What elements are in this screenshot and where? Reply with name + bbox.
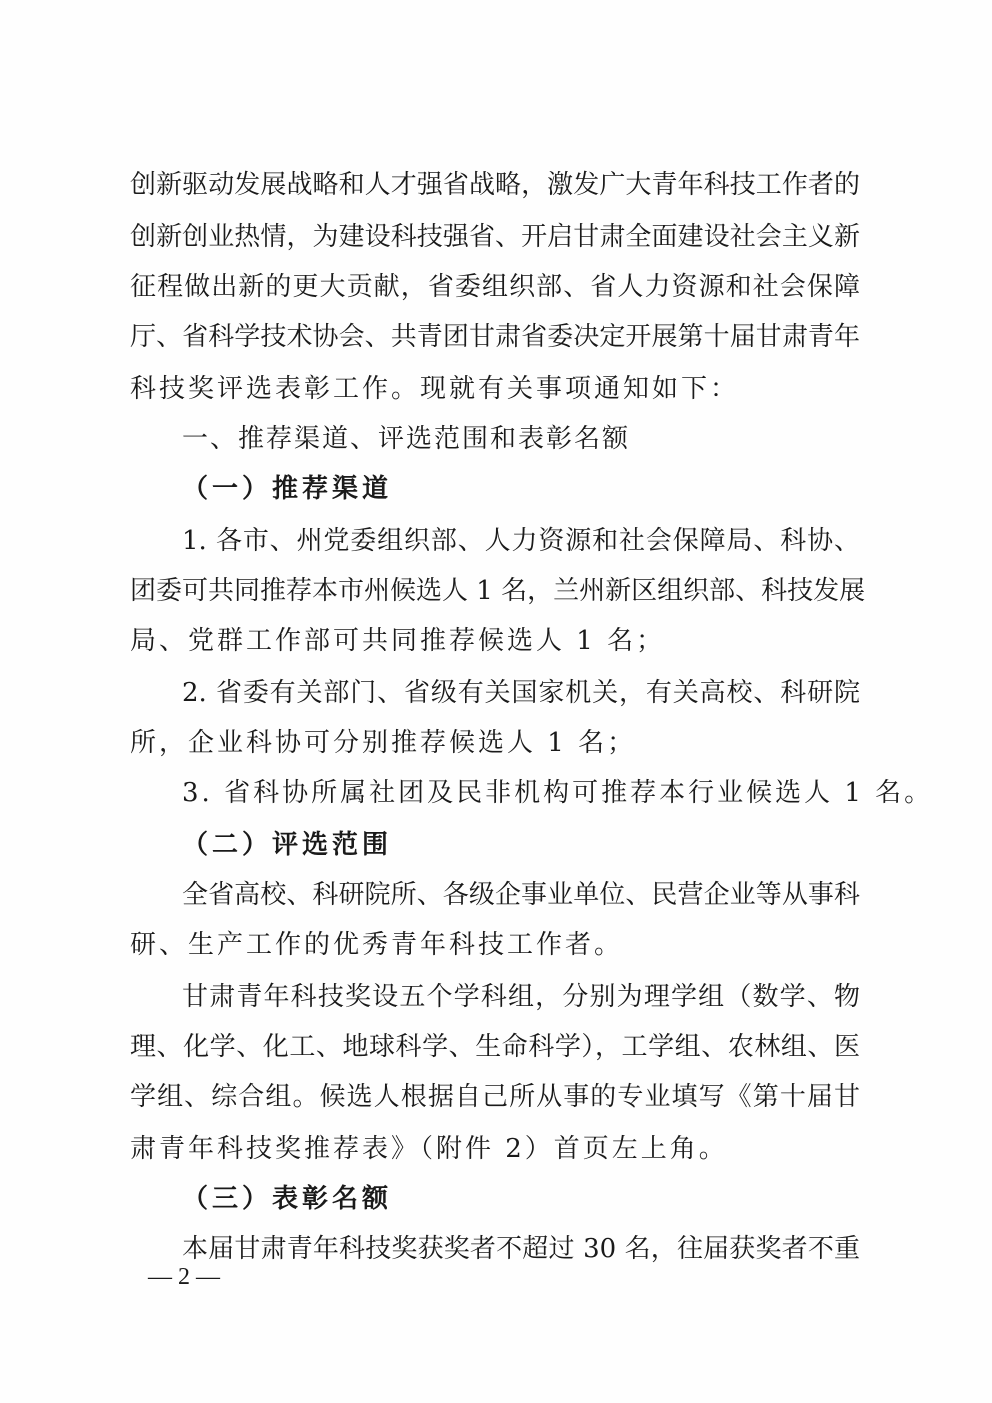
paragraph-line: 2. 省委有关部门、省级有关国家机关，有关高校、科研院: [182, 676, 860, 710]
paragraph-line: 厅、省科学技术协会、共青团甘肃省委决定开展第十届甘肃青年: [130, 320, 860, 354]
paragraph-line: 学组、综合组。候选人根据自己所从事的专业填写《第十届甘: [130, 1080, 860, 1114]
paragraph-line: 局、党群工作部可共同推荐候选人 1 名；: [130, 624, 860, 658]
page-number: — 2 —: [148, 1262, 220, 1292]
paragraph-line: 创新驱动发展战略和人才强省战略，激发广大青年科技工作者的: [130, 168, 860, 202]
paragraph-line: 甘肃青年科技奖设五个学科组，分别为理学组（数学、物: [182, 980, 860, 1014]
subsection-heading: （一）推荐渠道: [182, 472, 860, 506]
paragraph-line: 全省高校、科研院所、各级企事业单位、民营企业等从事科: [182, 878, 860, 912]
paragraph-line: 科技奖评选表彰工作。现就有关事项通知如下：: [130, 372, 860, 406]
document-page: 创新驱动发展战略和人才强省战略，激发广大青年科技工作者的 创新创业热情，为建设科…: [0, 0, 992, 1403]
paragraph-line: 团委可共同推荐本市州候选人 1 名，兰州新区组织部、科技发展: [130, 574, 860, 608]
paragraph-line: 本届甘肃青年科技奖获奖者不超过 30 名，往届获奖者不重: [182, 1232, 860, 1266]
paragraph-line: 肃青年科技奖推荐表》（附件 2）首页左上角。: [130, 1132, 860, 1166]
paragraph-line: 1. 各市、州党委组织部、人力资源和社会保障局、科协、: [182, 524, 860, 558]
section-heading: 一、推荐渠道、评选范围和表彰名额: [182, 422, 860, 456]
paragraph-line: 征程做出新的更大贡献，省委组织部、省人力资源和社会保障: [130, 270, 860, 304]
paragraph-line: 3. 省科协所属社团及民非机构可推荐本行业候选人 1 名。: [182, 776, 860, 810]
paragraph-line: 研、生产工作的优秀青年科技工作者。: [130, 928, 860, 962]
subsection-heading: （三）表彰名额: [182, 1182, 860, 1216]
paragraph-line: 理、化学、化工、地球科学、生命科学），工学组、农林组、医: [130, 1030, 860, 1064]
paragraph-line: 所，企业科协可分别推荐候选人 1 名；: [130, 726, 860, 760]
paragraph-line: 创新创业热情，为建设科技强省、开启甘肃全面建设社会主义新: [130, 220, 860, 254]
subsection-heading: （二）评选范围: [182, 828, 860, 862]
